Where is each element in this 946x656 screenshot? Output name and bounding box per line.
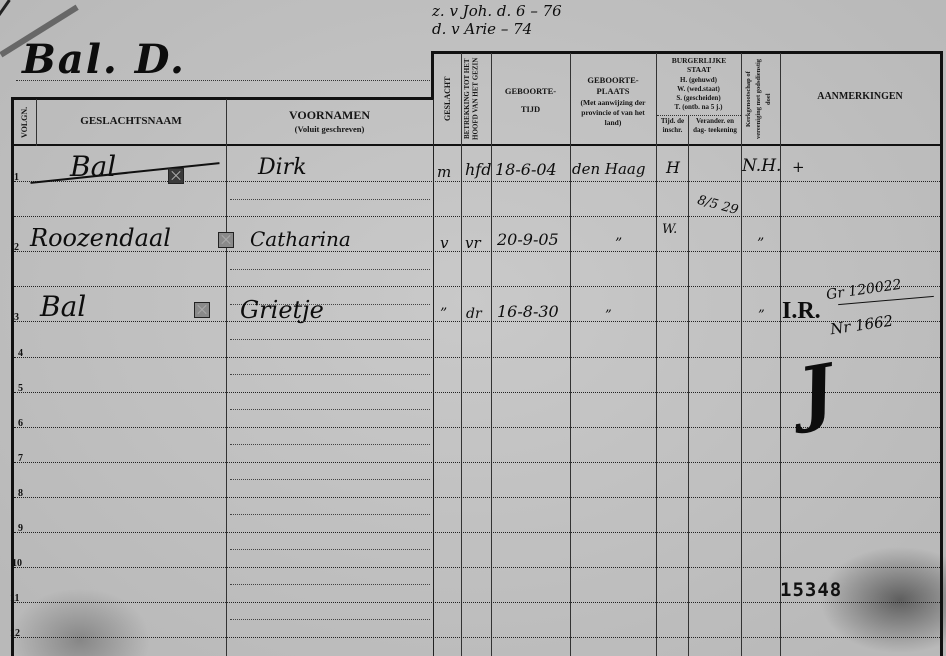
- row-number: 11: [10, 593, 19, 604]
- header-voornamen: VOORNAMEN: [226, 108, 433, 123]
- table-frame-top-right: [431, 51, 943, 54]
- row1-verander: 8/5 29: [696, 193, 740, 218]
- row2-geslacht: v: [440, 234, 448, 252]
- row-number: 1: [14, 172, 19, 183]
- row-number: 12: [10, 628, 20, 639]
- burgerlijke-staat-subrule: [657, 115, 741, 116]
- head-name-underline: [16, 80, 430, 81]
- row1-burgerlijke-staat: H: [666, 158, 680, 177]
- ir-stamp: I.R.: [782, 298, 821, 325]
- header-aanmerkingen: AANMERKINGEN: [780, 91, 940, 102]
- row3-voornamen: Grietje: [240, 296, 324, 324]
- header-bottom-rule: [11, 144, 943, 146]
- header-kerkgenootschap: Kerkgenootschap of vereeniging met godsd…: [744, 56, 778, 142]
- row2-geboortetijd: 20-9-05: [497, 230, 559, 249]
- row2-geslachtsnaam: Roozendaal: [30, 224, 171, 252]
- col-line-tijd: [688, 115, 689, 656]
- row1-geboortetijd: 18-6-04: [495, 160, 557, 179]
- row1-aanmerkingen: +: [792, 158, 805, 176]
- initial-mark: J: [793, 348, 840, 435]
- row3-geslachtsnaam: Bal: [40, 290, 86, 323]
- header-verander: Verander. en dag- teekening: [689, 117, 741, 135]
- row-number: 4: [18, 348, 23, 359]
- row2-voornamen: Catharina: [250, 227, 351, 251]
- table-frame-top-left: [11, 97, 433, 100]
- ir-line-2: Nr 1662: [829, 312, 894, 339]
- voornamen-subline: [230, 479, 430, 480]
- row2-geboorteplaats: ”: [615, 236, 622, 252]
- row-number: 7: [18, 453, 23, 464]
- row-line-8: [14, 497, 940, 498]
- header-bs-w: W. (wed.staat): [656, 85, 741, 94]
- row3-kerk: ”: [758, 308, 765, 323]
- row1-stamp-icon: [168, 168, 184, 184]
- header-tijd-inschr: Tijd. de inschr.: [657, 117, 688, 135]
- row2-kerk: ”: [757, 236, 764, 252]
- table-frame-right: [940, 51, 943, 656]
- header-burgerlijke-staat: BURGERLIJKE STAAT: [659, 56, 739, 74]
- header-volgn: VOLGN.: [15, 102, 35, 142]
- voornamen-subline: [230, 584, 430, 585]
- header-geboorteplaats-sub: (Met aanwijzing der provincie of van het…: [573, 98, 653, 128]
- row-number: 10: [12, 558, 22, 569]
- voornamen-subline: [230, 339, 430, 340]
- card-head-name: Bal. D.: [22, 36, 186, 83]
- col-line-geboorteplaats: [656, 53, 657, 656]
- row1-kerk: N.H.: [742, 156, 781, 176]
- row-number: 8: [18, 488, 23, 499]
- row-number: 6: [18, 418, 23, 429]
- voornamen-subline: [230, 199, 430, 200]
- row3-betrekking: dr: [466, 306, 482, 322]
- row-number: 9: [18, 523, 23, 534]
- row-number: 2: [14, 242, 19, 253]
- row1-geboorteplaats: den Haag: [572, 160, 645, 178]
- voornamen-subline: [230, 444, 430, 445]
- top-annotation-1: z. v Joh. d. 6 – 76: [432, 2, 562, 20]
- voornamen-subline: [230, 409, 430, 410]
- col-line-betrekking: [491, 53, 492, 656]
- top-annotation-2: d. v Arie – 74: [432, 20, 532, 38]
- col-line-kerk: [780, 53, 781, 656]
- card-number: 15348: [780, 579, 842, 601]
- header-bs-s: S. (gescheiden): [656, 94, 741, 103]
- header-geboorteplaats-2: PLAATS: [570, 86, 656, 96]
- header-geboortetijd-1: GEBOORTE-: [491, 86, 570, 96]
- col-line-geslachtsnaam: [226, 99, 227, 656]
- voornamen-subline: [230, 269, 430, 270]
- row3-stamp-icon: [194, 302, 210, 318]
- row-line-2b: [14, 286, 940, 287]
- header-voornamen-sub: (Voluit geschreven): [226, 124, 433, 134]
- header-geboortetijd-2: TIJD: [491, 104, 570, 114]
- header-bs-t: T. (ontb. na 5 j.): [656, 103, 741, 112]
- row-line-11: [14, 602, 940, 603]
- row-line-1b: [14, 216, 940, 217]
- voornamen-subline: [230, 514, 430, 515]
- row3-geboortetijd: 16-8-30: [497, 302, 559, 321]
- voornamen-subline: [230, 374, 430, 375]
- row-number: 5: [18, 383, 23, 394]
- row2-burgerlijke-staat: W.: [662, 222, 677, 237]
- header-geslachtsnaam: GESLACHTSNAAM: [36, 115, 226, 127]
- header-betrekking: BETREKKING TOT HET HOOFD VAN HET GEZIN: [463, 56, 490, 142]
- voornamen-subline: [230, 619, 430, 620]
- row2-stamp-icon: [218, 232, 234, 248]
- row1-geslacht: m: [437, 163, 451, 181]
- col-line-verander: [741, 53, 742, 656]
- row1-voornamen: Dirk: [258, 155, 307, 180]
- row2-betrekking: vr: [465, 234, 481, 252]
- row3-geboorteplaats: ”: [605, 308, 612, 323]
- header-geboorteplaats-1: GEBOORTE-: [570, 75, 656, 85]
- col-line-geboortetijd: [570, 53, 571, 656]
- header-geslacht: GESLACHT: [436, 56, 460, 142]
- row-number: 3: [14, 312, 19, 323]
- row3-geslacht: ”: [440, 306, 447, 322]
- row-line-7: [14, 462, 940, 463]
- col-line-voornamen: [433, 99, 434, 656]
- corner-check-mark: [0, 0, 11, 34]
- voornamen-subline: [230, 549, 430, 550]
- row-line-1: [14, 181, 940, 182]
- table-frame-step: [431, 52, 434, 100]
- row-line-10: [14, 567, 940, 568]
- header-bs-h: H. (gehuwd): [656, 76, 741, 85]
- row1-betrekking: hfd: [465, 160, 491, 179]
- row-line-9: [14, 532, 940, 533]
- row-line-6: [14, 427, 940, 428]
- col-line-geslacht: [461, 53, 462, 656]
- row-line-12: [14, 637, 940, 638]
